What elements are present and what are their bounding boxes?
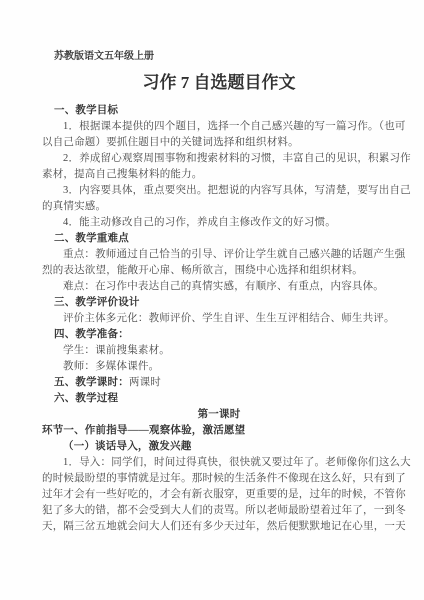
doc-line: 六、教学过程 — [42, 391, 396, 407]
document-title: 习作 7 自选题目作文 — [42, 71, 396, 95]
doc-line: 的时候最盼望的事情就是过年。那时候的生活条件不像现在这么好，只有到了 — [42, 471, 396, 487]
doc-line: （一）谈话导入，激发兴趣 — [42, 439, 396, 455]
edition-label: 苏教版语文五年级上册 — [42, 50, 396, 64]
doc-line: 素材，提高自己搜集材料的能力。 — [42, 167, 396, 183]
doc-line: 第一课时 — [42, 407, 396, 423]
doc-line: 一、教学目标 — [42, 103, 396, 119]
doc-line: 三、教学评价设计 — [42, 295, 396, 311]
doc-line: 过年才会有一些好吃的，才会有新衣服穿，更重要的是，过年的时候，不管你 — [42, 487, 396, 503]
doc-line: 天，隔三岔五地就会问大人们还有多少天过年，然后便默默地记在心里，一天 — [42, 519, 396, 535]
doc-line: 环节一、作前指导——观察体验，激活愿望 — [42, 423, 396, 439]
doc-line: 五、教学课时：两课时 — [42, 375, 396, 391]
doc-line: 犯了多大的错，都不会受到大人们的责骂。所以老师最盼望着过年了，一到冬 — [42, 503, 396, 519]
document-body: 一、教学目标1．根据课本提供的四个题目，选择一个自己感兴趣的写一篇习作。（也可以… — [42, 103, 396, 535]
doc-line: 教师：多媒体课件。 — [42, 359, 396, 375]
doc-line: 以自己命题）要抓住题目中的关键词选择和组织材料。 — [42, 135, 396, 151]
doc-line: 1．根据课本提供的四个题目，选择一个自己感兴趣的写一篇习作。（也可 — [42, 119, 396, 135]
doc-line: 烈的表达欲望，能敞开心扉、畅所欲言，围绕中心选择和组织材料。 — [42, 263, 396, 279]
doc-line: 学生：课前搜集素材。 — [42, 343, 396, 359]
document-page: 苏教版语文五年级上册 习作 7 自选题目作文 一、教学目标1．根据课本提供的四个… — [0, 0, 424, 600]
doc-line: 3．内容要具体，重点要突出。把想说的内容写具体，写清楚，要写出自己 — [42, 183, 396, 199]
doc-line: 评价主体多元化：教师评价、学生自评、生生互评相结合、师生共评。 — [42, 311, 396, 327]
doc-line: 重点：教师通过自己恰当的引导、评价让学生就自己感兴趣的话题产生强 — [42, 247, 396, 263]
doc-line: 四、教学准备： — [42, 327, 396, 343]
doc-line: 1．导入：同学们，时间过得真快，很快就又要过年了。老师像你们这么大 — [42, 455, 396, 471]
doc-line: 二、教学重难点 — [42, 231, 396, 247]
doc-line: 4．能主动修改自己的习作，养成自主修改作文的好习惯。 — [42, 215, 396, 231]
document-content: 苏教版语文五年级上册 习作 7 自选题目作文 一、教学目标1．根据课本提供的四个… — [0, 0, 424, 535]
doc-line: 难点：在习作中表达自己的真情实感，有顺序、有重点，内容具体。 — [42, 279, 396, 295]
doc-line: 2．养成留心观察周围事物和搜索材料的习惯，丰富自己的见识，积累习作 — [42, 151, 396, 167]
doc-line: 的真情实感。 — [42, 199, 396, 215]
